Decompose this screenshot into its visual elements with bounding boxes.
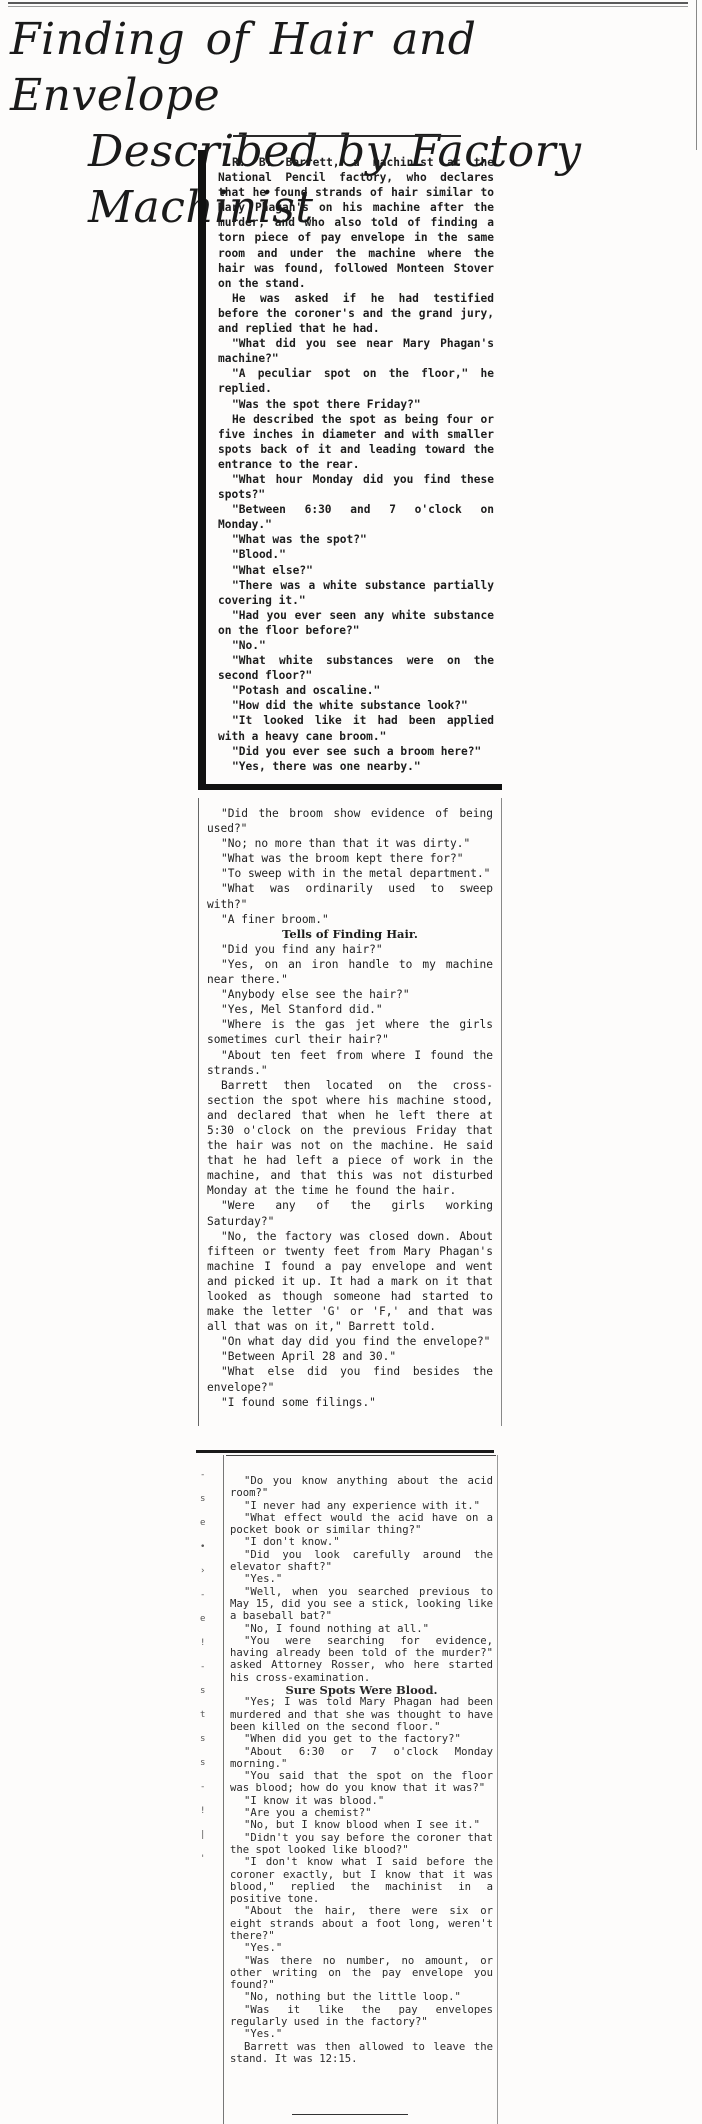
paragraph: "Between April 28 and 30." (207, 1349, 493, 1364)
paragraph: "You said that the spot on the floor was… (230, 1770, 493, 1795)
paragraph: "Yes." (230, 1573, 493, 1585)
paragraph: "Yes, on an iron handle to my machine ne… (207, 957, 493, 987)
paragraph: "I don't know." (230, 1536, 493, 1548)
paragraph: "Was the spot there Friday?" (218, 397, 494, 412)
paragraph: "Did the broom show evidence of being us… (207, 806, 493, 836)
paragraph: "About 6:30 or 7 o'clock Monday morning.… (230, 1746, 493, 1771)
paragraph: "When did you get to the factory?" (230, 1733, 493, 1745)
top-rule (8, 2, 688, 4)
margin-mark: s (200, 1686, 205, 1696)
article-section-2: "Did the broom show evidence of being us… (198, 798, 502, 1426)
paragraph: "Yes, there was one nearby." (218, 759, 494, 774)
margin-mark: • (200, 1542, 205, 1552)
paragraph: "Had you ever seen any white substance o… (218, 608, 494, 638)
margin-mark: - (200, 1590, 205, 1600)
paragraph: "Was it like the pay envelopes regularly… (230, 2004, 493, 2029)
margin-mark: s (200, 1758, 205, 1768)
paragraph: "What was ordinarily used to sweep with?… (207, 881, 493, 911)
margin-mark: › (200, 1566, 205, 1576)
paragraph: "Where is the gas jet where the girls so… (207, 1017, 493, 1047)
paragraph: "No; no more than that it was dirty." (207, 836, 493, 851)
paragraph: "Anybody else see the hair?" (207, 987, 493, 1002)
paragraph: "You were searching for evidence, having… (230, 1635, 493, 1684)
margin-mark: - (200, 1662, 205, 1672)
paragraph: "What white substances were on the secon… (218, 653, 494, 683)
paragraph: "Yes." (230, 1942, 493, 1954)
paragraph: "Were any of the girls working Saturday?… (207, 1198, 493, 1228)
margin-mark: t (200, 1710, 205, 1720)
paragraph: "Are you a chemist?" (230, 1807, 493, 1819)
paragraph: "No, nothing but the little loop." (230, 1991, 493, 2003)
paragraph: "There was a white substance partially c… (218, 578, 494, 608)
paragraph: "What effect would the acid have on a po… (230, 1512, 493, 1537)
margin-mark: s (200, 1494, 205, 1504)
paragraph: "A peculiar spot on the floor," he repli… (218, 366, 494, 396)
paragraph: R. B. Barrett, a machinist at the Nation… (218, 155, 494, 291)
paragraph: "Did you look carefully around the eleva… (230, 1549, 493, 1574)
paragraph: "Didn't you say before the coroner that … (230, 1832, 493, 1857)
paragraph: "To sweep with in the metal department." (207, 866, 493, 881)
paragraph: "No." (218, 638, 494, 653)
headline-line-1: Finding of Hair and Envelope (8, 12, 698, 124)
article-section-1: R. B. Barrett, a machinist at the Nation… (198, 150, 502, 790)
paragraph: "About ten feet from where I found the s… (207, 1048, 493, 1078)
paragraph: "I never had any experience with it." (230, 1500, 493, 1512)
paragraph: "No, but I know blood when I see it." (230, 1819, 493, 1831)
margin-mark: - (200, 1782, 205, 1792)
paragraph: "What else?" (218, 563, 494, 578)
paragraph: "I don't know what I said before the cor… (230, 1856, 493, 1905)
paragraph: "Between 6:30 and 7 o'clock on Monday." (218, 502, 494, 532)
paragraph: "How did the white substance look?" (218, 698, 494, 713)
margin-mark: ! (200, 1638, 205, 1648)
margin-mark: ' (200, 1854, 205, 1864)
paragraph: "Was there no number, no amount, or othe… (230, 1955, 493, 1992)
margin-mark: s (200, 1734, 205, 1744)
paragraph: "What else did you find besides the enve… (207, 1364, 493, 1394)
paragraph: "Yes, Mel Stanford did." (207, 1002, 493, 1017)
paragraph: He described the spot as being four or f… (218, 412, 494, 472)
article-section-3: "Do you know anything about the acid roo… (223, 1455, 498, 2124)
top-rule-thin (8, 6, 688, 7)
margin-mark: | (200, 1830, 205, 1840)
margin-mark: e (200, 1614, 205, 1624)
paragraph: "I found some filings." (207, 1395, 493, 1410)
paragraph: "Did you find any hair?" (207, 942, 493, 957)
margin-mark: ! (200, 1806, 205, 1816)
subheading: Sure Spots Were Blood. (230, 1684, 493, 1696)
paragraph: "I know it was blood." (230, 1795, 493, 1807)
paragraph: "No, the factory was closed down. About … (207, 1229, 493, 1335)
paragraph: "Yes." (230, 2028, 493, 2040)
paragraph: "Well, when you searched previous to May… (230, 1586, 493, 1623)
paragraph: "Did you ever see such a broom here?" (218, 744, 494, 759)
paragraph: Barrett then located on the cross-sectio… (207, 1078, 493, 1199)
paragraph: Barrett was then allowed to leave the st… (230, 2041, 493, 2066)
margin-mark: - (200, 1470, 205, 1480)
paragraph: He was asked if he had testified before … (218, 291, 494, 336)
article-end-rule (292, 2114, 408, 2115)
subheading: Tells of Finding Hair. (207, 927, 493, 942)
paragraph: "What was the spot?" (218, 532, 494, 547)
paragraph: "Blood." (218, 547, 494, 562)
section-divider-thick (196, 1450, 494, 1453)
paragraph: "Do you know anything about the acid roo… (230, 1475, 493, 1500)
paragraph: "What did you see near Mary Phagan's mac… (218, 336, 494, 366)
paragraph: "On what day did you find the envelope?" (207, 1334, 493, 1349)
paragraph: "A finer broom." (207, 912, 493, 927)
paragraph: "It looked like it had been applied with… (218, 713, 494, 743)
margin-mark: e (200, 1518, 205, 1528)
paragraph: "About the hair, there were six or eight… (230, 1905, 493, 1942)
paragraph: "What hour Monday did you find these spo… (218, 472, 494, 502)
paragraph: "What was the broom kept there for?" (207, 851, 493, 866)
headline-divider (233, 135, 461, 137)
paragraph: "Potash and oscaline." (218, 683, 494, 698)
paragraph: "Yes; I was told Mary Phagan had been mu… (230, 1696, 493, 1733)
paragraph: "No, I found nothing at all." (230, 1623, 493, 1635)
